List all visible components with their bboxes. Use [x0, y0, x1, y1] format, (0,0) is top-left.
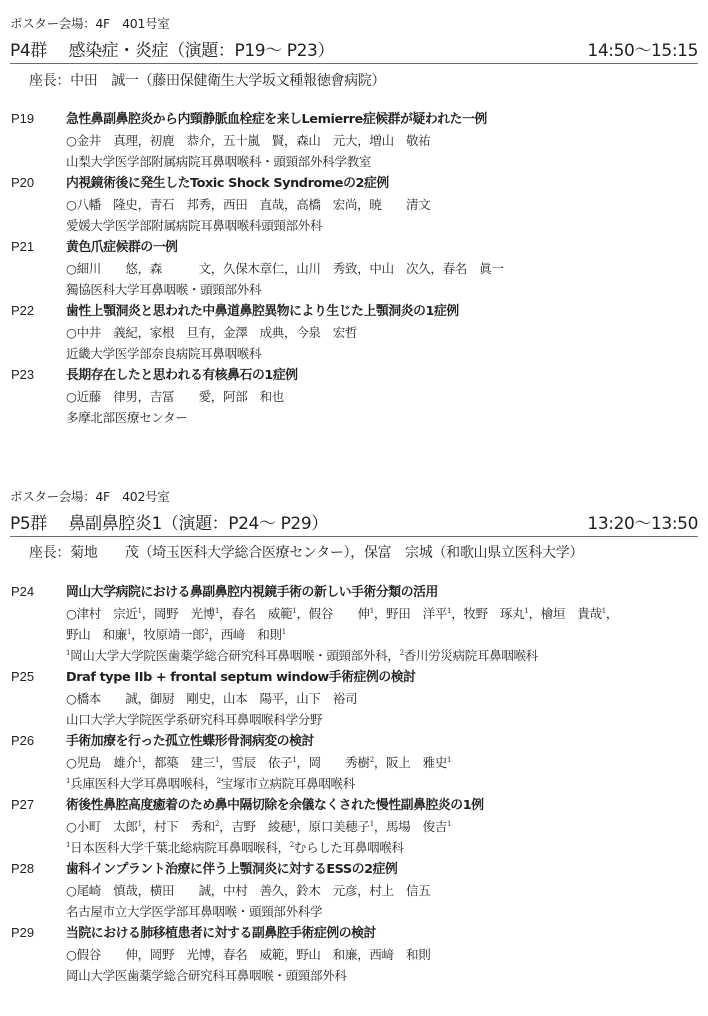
session-header: P4群 感染症・炎症（演題：P19～ P23） 14:50～15:15	[10, 36, 698, 60]
abstract-affiliation: 近畿大学医学部奈良病院耳鼻咽喉科	[66, 345, 261, 363]
abstract-affiliation: 獨協医科大学耳鼻咽喉・頭頸部外科	[66, 281, 261, 299]
session-time: 13:20～13:50	[587, 509, 698, 534]
affiliation-marker: 2	[290, 841, 294, 849]
abstract-affiliation: 1岡山大学大学院医歯薬学総合研究科耳鼻咽喉・頭頸部外科，2香川労災病院耳鼻咽喉科	[66, 647, 538, 665]
abstract-title: 急性鼻副鼻腔炎から内頸静脈血栓症を来しLemierre症候群が疑われた一例	[66, 111, 487, 129]
abstract-title: 歯科インプラント治療に伴う上顎洞炎に対するESSの2症例	[66, 861, 397, 879]
session-chairs: 座長：菊地 茂（埼玉医科大学総合医療センター），保富 宗城（和歌山県立医科大学）	[29, 542, 583, 562]
affiliation-marker: 1	[127, 628, 131, 636]
affiliation-marker: 1	[138, 607, 142, 615]
abstract-affiliation: 多摩北部医療センター	[66, 409, 188, 427]
session-title: P4群 感染症・炎症（演題：P19～ P23）	[10, 36, 334, 61]
abstract-affiliation: 山口大学大学院医学系研究科耳鼻咽喉科学分野	[66, 711, 322, 729]
abstract-id: P26	[11, 733, 34, 748]
abstract-authors: ○児島 雄介1，都築 建三1，雪辰 依子1，岡 秀樹2，阪上 雅史1	[66, 754, 451, 772]
abstract-authors: ○金井 真理，初鹿 恭介，五十嵐 賢，森山 元大，増山 敬祐	[66, 132, 430, 150]
abstract-authors: ○小町 太郎1，村下 秀和2，吉野 綾穂1，原口美穂子1，馬場 俊吉1	[66, 818, 451, 836]
venue-label: ポスター会場：4F 402号室	[10, 487, 170, 505]
abstract-authors: ○八幡 隆史，青石 邦秀，西田 直哉，高橋 宏尚，暁 清文	[66, 196, 430, 214]
abstract-authors: ○橋本 誠，御厨 剛史，山本 陽平，山下 裕司	[66, 690, 357, 708]
affiliation-marker: 2	[215, 820, 219, 828]
abstract-id: P19	[11, 111, 34, 126]
abstract-affiliation: 岡山大学医歯薬学総合研究科耳鼻咽喉・頭頸部外科	[66, 967, 347, 985]
affiliation-marker: 1	[138, 820, 142, 828]
abstract-affiliation: 山梨大学医学部附属病院耳鼻咽喉科・頭頸部外科学教室	[66, 153, 371, 171]
abstract-affiliation: 愛媛大学医学部附属病院耳鼻咽喉科頭頸部外科	[66, 217, 322, 235]
affiliation-marker: 1	[215, 756, 219, 764]
affiliation-marker: 1	[292, 756, 296, 764]
affiliation-marker: 1	[447, 607, 451, 615]
affiliation-marker: 2	[400, 649, 404, 657]
abstract-id: P28	[11, 861, 34, 876]
abstract-title: Draf type IIb + frontal septum window手術症…	[66, 669, 416, 687]
abstract-title: 岡山大学病院における鼻副鼻腔内視鏡手術の新しい手術分類の活用	[66, 584, 438, 602]
abstract-authors: ○細川 悠，森 文，久保木章仁，山川 秀致，中山 次久，春名 眞一	[66, 260, 504, 278]
abstract-id: P27	[11, 797, 34, 812]
abstract-affiliation: 1兵庫医科大学耳鼻咽喉科，2宝塚市立病院耳鼻咽喉科	[66, 775, 355, 793]
abstract-id: P24	[11, 584, 34, 599]
affiliation-marker: 2	[217, 777, 221, 785]
abstract-authors: ○假谷 伸，岡野 光博，春名 威範，野山 和廉，西﨑 和則	[66, 946, 430, 964]
affiliation-marker: 1	[370, 607, 374, 615]
affiliation-marker: 1	[602, 607, 606, 615]
abstract-id: P22	[11, 303, 34, 318]
abstract-affiliation: 名古屋市立大学医学部耳鼻咽喉・頭頸部外科学	[66, 903, 322, 921]
abstract-authors: ○近藤 律男，吉冨 愛，阿部 和也	[66, 388, 284, 406]
affiliation-marker: 1	[292, 820, 296, 828]
header-divider	[10, 63, 698, 64]
abstract-title: 術後性鼻腔高度癒着のため鼻中隔切除を余儀なくされた慢性副鼻腔炎の1例	[66, 797, 484, 815]
affiliation-marker: 2	[204, 628, 208, 636]
affiliation-marker: 1	[447, 820, 451, 828]
affiliation-marker: 2	[370, 756, 374, 764]
abstract-authors-continued: 野山 和廉1，牧原靖一郎2，西﨑 和則1	[66, 626, 286, 644]
abstract-id: P25	[11, 669, 34, 684]
affiliation-marker: 1	[447, 756, 451, 764]
abstract-title: 内視鏡術後に発生したToxic Shock Syndromeの2症例	[66, 175, 389, 193]
affiliation-marker: 1	[370, 820, 374, 828]
abstract-authors: ○津村 宗近1，岡野 光博1，春名 威範1，假谷 伸1，野田 洋平1，牧野 琢丸…	[66, 605, 618, 623]
header-divider	[10, 536, 698, 537]
session-time: 14:50～15:15	[587, 36, 698, 61]
abstract-title: 手術加療を行った孤立性蝶形骨洞病変の検討	[66, 733, 314, 751]
affiliation-marker: 1	[66, 841, 70, 849]
affiliation-marker: 1	[282, 628, 286, 636]
venue-label: ポスター会場：4F 401号室	[10, 14, 170, 32]
affiliation-marker: 1	[524, 607, 528, 615]
abstract-title: 歯性上顎洞炎と思われた中鼻道鼻腔異物により生じた上顎洞炎の1症例	[66, 303, 459, 321]
abstract-id: P20	[11, 175, 34, 190]
abstract-title: 当院における肺移植患者に対する副鼻腔手術症例の検討	[66, 925, 376, 943]
abstract-authors: ○尾崎 慎哉，横田 誠，中村 善久，鈴木 元彦，村上 信五	[66, 882, 430, 900]
abstract-id: P23	[11, 367, 34, 382]
abstract-affiliation: 1日本医科大学千葉北総病院耳鼻咽喉科，2むらした耳鼻咽喉科	[66, 839, 404, 857]
session-header: P5群 鼻副鼻腔炎1（演題：P24～ P29） 13:20～13:50	[10, 509, 698, 533]
affiliation-marker: 1	[138, 756, 142, 764]
abstract-id: P29	[11, 925, 34, 940]
abstract-title: 長期存在したと思われる有核鼻石の1症例	[66, 367, 298, 385]
abstract-title: 黄色爪症候群の一例	[66, 239, 178, 257]
affiliation-marker: 1	[66, 777, 70, 785]
session-chairs: 座長：中田 誠一（藤田保健衛生大学坂文種報徳會病院）	[29, 70, 385, 90]
affiliation-marker: 1	[215, 607, 219, 615]
abstract-id: P21	[11, 239, 34, 254]
session-title: P5群 鼻副鼻腔炎1（演題：P24～ P29）	[10, 509, 328, 534]
affiliation-marker: 1	[66, 649, 70, 657]
affiliation-marker: 1	[292, 607, 296, 615]
abstract-authors: ○中井 義紀，家根 旦有，金澤 成典，今泉 宏哲	[66, 324, 357, 342]
